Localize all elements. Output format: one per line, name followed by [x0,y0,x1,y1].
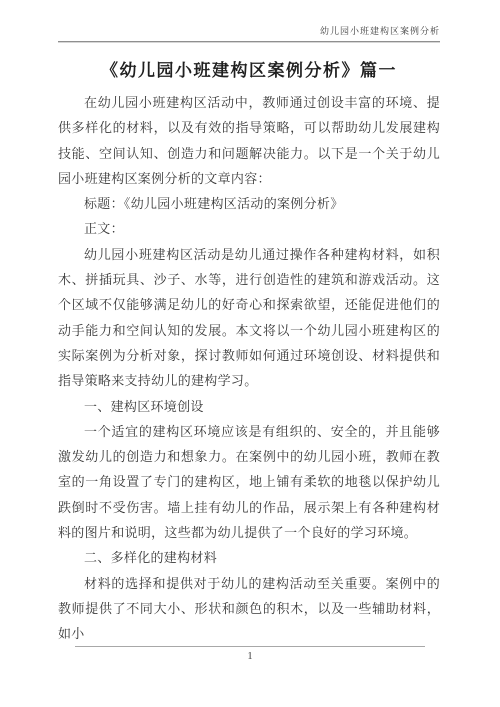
header-divider [58,41,440,42]
paragraph: 一个适宜的建构区环境应该是有组织的、安全的，并且能够激发幼儿的创造力和想象力。在… [58,419,440,545]
section-heading: 一、建构区环境创设 [58,394,440,419]
footer-divider [75,646,425,647]
header-title: 幼儿园小班建构区案例分析 [58,24,440,38]
paragraph: 材料的选择和提供对于幼儿的建构活动至关重要。案例中的教师提供了不同大小、形状和颜… [58,571,440,642]
page-footer: 1 [75,646,425,663]
paragraph: 幼儿园小班建构区活动是幼儿通过操作各种建构材料，如积木、拼插玩具、沙子、水等，进… [58,242,440,394]
paragraph: 在幼儿园小班建构区活动中，教师通过创设丰富的环境、提供多样化的材料，以及有效的指… [58,90,440,191]
paragraph: 正文： [58,216,440,241]
paragraph: 标题：《幼儿园小班建构区活动的案例分析》 [58,191,440,216]
page-title: 《幼儿园小班建构区案例分析》篇一 [58,58,440,84]
page-number: 1 [75,650,425,663]
document-body: 在幼儿园小班建构区活动中，教师通过创设丰富的环境、提供多样化的材料，以及有效的指… [58,90,440,642]
document-page: 幼儿园小班建构区案例分析 《幼儿园小班建构区案例分析》篇一 在幼儿园小班建构区活… [0,0,500,707]
page-header: 幼儿园小班建构区案例分析 [58,24,440,42]
section-heading: 二、多样化的建构材料 [58,545,440,570]
